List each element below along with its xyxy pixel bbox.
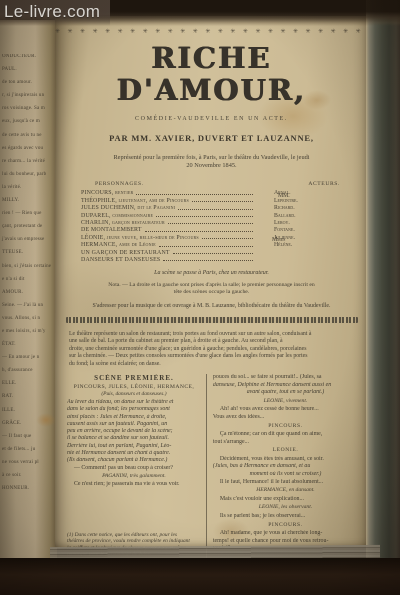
text-columns: SCÈNE PREMIÈRE. PINCOURS, JULES, LÉONIE,… [67,374,358,558]
dotted-leader [178,209,253,210]
premiere-line-1: Représenté pour la première fois, à Pari… [55,154,368,162]
play-subtitle: COMÉDIE-VAUDEVILLE EN UN ACTE. [55,116,368,122]
table-edge [0,558,400,595]
role-name: UN GARÇON DE RESTAURANT [81,250,170,256]
actor-name: Richard. [256,205,348,211]
scene-subline: (Puis, danseurs et danseuses.) [67,391,201,397]
book-page: ✳ ✳ ✳ ✳ ✳ ✳ ✳ ✳ ✳ ✳ ✳ ✳ ✳ ✳ ✳ ✳ ✳ ✳ ✳ ✳ … [55,16,368,548]
cast-row: DUPAREL, commissionnaire Ballard. [81,211,348,218]
dialogue-line: HERMANCE, en dansant. [213,487,358,495]
dialogue-line: (Ils dansent, chacun parlant à Hermance.… [67,457,201,464]
adjacent-page-line: ne vous verrai pl [2,456,57,469]
dotted-leader [145,231,253,232]
play-title: RICHE D'AMOUR, [55,42,368,106]
role-name: HERMANCE, amie de Léonie [81,242,156,248]
actor-name: Julienne. [256,235,348,241]
dialogue-line: danseuse, Delphine et Hermance dansent a… [213,382,358,390]
dialogue-line: — Comment! pas un beau coup à croiser? [67,465,201,472]
stage-line: dans le salon du fond; les personnages s… [67,406,201,413]
adjacent-page-line: HONNEUR. [2,482,57,495]
adjacent-page-line: Seine. — J'ai là un [2,299,57,312]
dotted-leader [159,246,253,247]
role-name: DUPAREL, commissionnaire [81,213,153,219]
ornament-separator [66,317,358,323]
dialogue-line: Décidément, vous êtes très amusant, ce s… [213,456,358,464]
cast-rows: PINCOURS, rentier Arnal. THÉOPHILE, lieu… [81,189,348,263]
dialogue-line: tout s'arrange... [213,439,358,447]
nota-line-1: Nota. — La droite et la gauche sont pris… [71,282,352,289]
book-photo: ONDUCTEUR.PAUL.de ton amour.r, si j'insp… [0,0,400,595]
dialogue-line: Il le faut, Hermance! il le faut absolum… [213,479,358,487]
adjacent-page-line: ÉTAT. [2,338,57,351]
dialogue-line: PINCOURS. [213,522,358,530]
premiere-line-2: 20 Novembre 1845. [55,162,368,170]
dialogue-line: Ça m'étonne; car on dit que quand on aim… [213,431,358,439]
authors-line: PAR MM. XAVIER, DUVERT ET LAUZANNE, [55,133,368,143]
acteurs-header: ACTEURS. [308,181,340,187]
set-description: Le théâtre représente un salon de restau… [69,331,356,368]
nota-note: Nota. — La droite et la gauche sont pris… [71,282,352,296]
dialogue-line: Ah! madame, que je vous ai cherchée long… [213,530,358,538]
role-name: PINCOURS, rentier [81,190,133,196]
adjacent-page-line: lui du bonheur, parb [2,168,57,181]
dialogue-line: LÉONIE, les observant. [213,504,358,512]
adjacent-page-line: et de filets... ju [2,443,57,456]
cast-row: DANSEURS ET DANSEUSES [81,256,348,263]
personnages-header: PERSONNAGES. [95,181,144,187]
dotted-leader [136,194,253,195]
dotted-leader [168,223,253,224]
adjacent-page-line: vous. Allons, si n [2,312,57,325]
cast-row: CHARLIN, garçon restaurateur Leroy. [81,219,348,226]
actor-name: Ballard. [256,213,348,219]
dotted-leader [163,260,253,261]
dialogue-line: PINCOURS. [213,423,358,431]
dialogue-line: pouces du sol... se faire si pourrait!..… [213,374,358,382]
stage-directions: Au lever du rideau, on danse sur le théâ… [67,399,201,457]
adjacent-page-line: ONDUCTEUR. [2,50,57,63]
dialogue-line: moment où ils vont se croiser.) [213,471,358,479]
adjacent-page-line: e n'a si dit [2,273,57,286]
left-dialogue: (Ils dansent, chacun parlant à Hermance.… [67,457,201,488]
set-description-line: sur la cheminée. — Deux petites consoles… [69,353,356,360]
adjacent-page-line: de ton amour. [2,76,57,89]
adjacent-page-line: — Il faut que [2,430,57,443]
dotted-leader [202,238,253,239]
cast-row: THÉOPHILE, lieutenant, ami de Pincours L… [81,196,348,203]
dotted-leader [192,201,253,202]
cast-row: PINCOURS, rentier Arnal. [81,189,348,196]
adjacent-page-line: — En amour je n [2,351,57,364]
stage-line: peu en arrière, occupe le devant de la s… [67,428,201,435]
cast-row: HERMANCE, amie de Léonie Hélène. [81,241,348,248]
stage-line: causent assis sur un fauteuil. Paganini,… [67,421,201,428]
stage-line: Au lever du rideau, on danse sur le théâ… [67,399,201,406]
scene-location-note: La scène se passe à Paris, chez un resta… [55,270,368,276]
dialogue-line: LÉONIE, vivement. [213,398,358,406]
footnote-line: théâtres de province, voulu rendre compl… [67,538,201,545]
adjacent-page-line: çant, protestant de [2,220,57,233]
adjacent-page-line: TTEUSE. [2,246,57,259]
actor-name: Hélène. [256,242,348,248]
role-name: DE MONTALEMBERT [81,227,142,233]
adjacent-page-line: à ce soir. [2,469,57,482]
adjacent-page-line: r, si j'inspirerais un [2,89,57,102]
adjacent-page-line: h, d'assurance [2,364,57,377]
cast-row: JULES DUCHEMIN, dit le Paganini Richard. [81,204,348,211]
dialogue-line: LÉONIE. [213,447,358,455]
role-name: DANSEURS ET DANSEUSES [81,257,160,263]
set-description-line: droite, une cheminée surmontée d'une gla… [69,346,356,353]
set-description-line: du fond; la scène est éclairée; on danse… [69,361,356,368]
book-fore-edge [366,0,400,562]
role-name: CHARLIN, garçon restaurateur [81,220,165,226]
adjacent-page-line: e mes loisirs, si m'y [2,325,57,338]
stage-line: Derrière lui, tout en parlant, Paganini,… [67,443,201,450]
adjacent-page-line: GRÂCE. [2,417,57,430]
set-description-line: une salle de bal. La porte du cabinet au… [69,338,356,345]
dialogue-line: Ah! ah! vous avez cessé de bonne heure..… [213,406,358,414]
cast-row: UN GARÇON DE RESTAURANT [81,248,348,255]
adjacent-page-text: ONDUCTEUR.PAUL.de ton amour.r, si j'insp… [2,50,57,495]
dotted-leader [173,253,253,254]
page-content: ✳ ✳ ✳ ✳ ✳ ✳ ✳ ✳ ✳ ✳ ✳ ✳ ✳ ✳ ✳ ✳ ✳ ✳ ✳ ✳ … [55,16,368,548]
adjacent-page-line: rien ! — Rien que [2,207,57,220]
watermark: Le-livre.com [4,2,100,22]
set-description-line: Le théâtre représente un salon de restau… [69,331,356,338]
adjacent-page-line: bien, si j'étais certaine [2,260,57,273]
dialogue-line: PAGANINI, très galamment. [67,473,201,480]
dialogue-line: Ce n'est rien; je passerais ma vie à vou… [67,481,201,488]
dialogue-line: Mais c'est vouloir une explication... [213,496,358,504]
adjacent-page-line: la vérité. [2,181,57,194]
dialogue-line: (Jules, bas à Hermance en dansant, et au [213,463,358,471]
scene-heading: SCÈNE PREMIÈRE. [67,374,201,382]
adjacent-page-line: de cette avis tu ne [2,129,57,142]
actor-name: Leroy. [256,220,348,226]
left-column: SCÈNE PREMIÈRE. PINCOURS, JULES, LÉONIE,… [67,374,206,558]
actor-name: Arnal. [256,190,348,196]
adjacent-page-line: MILLY. [2,194,57,207]
right-column: pouces du sol... se faire si pourrait!..… [206,374,358,558]
stage-line: nie et Hermance dansent un chant à quatr… [67,450,201,457]
role-name: JULES DUCHEMIN, dit le Paganini [81,205,175,211]
stage-line: ainsi placés : Jules et Hermance, à droi… [67,414,201,421]
adjacent-page-line: ELLE. [2,377,57,390]
actors-mmes-prefix: Mmes [272,237,285,243]
adjacent-page-line: ILLE. [2,404,57,417]
cast-row: DE MONTALEMBERT Fontane. [81,226,348,233]
music-note: S'adresser pour la musique de cet ouvrag… [65,303,358,309]
stage-line: il se balance et se dandine sur son faut… [67,435,201,442]
dialogue-line: Ils se parlent bas; je les observerai... [213,513,358,521]
adjacent-page-line: j'avais un empresse [2,233,57,246]
cast-list: PERSONNAGES. ACTEURS. PINCOURS, rentier … [81,181,348,263]
adjacent-page-line: AMOUR. [2,286,57,299]
dialogue-line: Vous avez des idées... [213,414,358,422]
dialogue-line: avant quatre, tout en se parlant.) [213,389,358,397]
adjacent-page-line: RAT. [2,390,57,403]
adjacent-page: ONDUCTEUR.PAUL.de ton amour.r, si j'insp… [0,20,57,560]
role-name: LÉONIE, jeune veuve, belle-sœur de Pinco… [81,235,199,241]
role-name: THÉOPHILE, lieutenant, ami de Pincours [81,198,189,204]
scene-cast-line: PINCOURS, JULES, LÉONIE, HERMANCE, [67,384,201,390]
premiere-note: Représenté pour la première fois, à Pari… [55,154,368,170]
adjacent-page-line: ros voisinage. Sa m [2,102,57,115]
ornament-border: ✳ ✳ ✳ ✳ ✳ ✳ ✳ ✳ ✳ ✳ ✳ ✳ ✳ ✳ ✳ ✳ ✳ ✳ ✳ ✳ … [55,28,368,35]
adjacent-page-line: re charm... la vérité [2,155,57,168]
cast-headers: PERSONNAGES. ACTEURS. [81,181,348,187]
actors-mm-prefix: MM. [278,193,290,199]
cast-row: LÉONIE, jeune veuve, belle-sœur de Pinco… [81,233,348,240]
adjacent-page-line: PAUL. [2,63,57,76]
nota-line-2: tête des scènes occupe la gauche. [71,289,352,296]
adjacent-page-line: es égards avec vou [2,142,57,155]
actor-name: Fontane. [256,227,348,233]
adjacent-page-line: eux, jusqu'à ce m [2,115,57,128]
actor-name: Lepeintre. [256,198,348,204]
dotted-leader [156,216,253,217]
